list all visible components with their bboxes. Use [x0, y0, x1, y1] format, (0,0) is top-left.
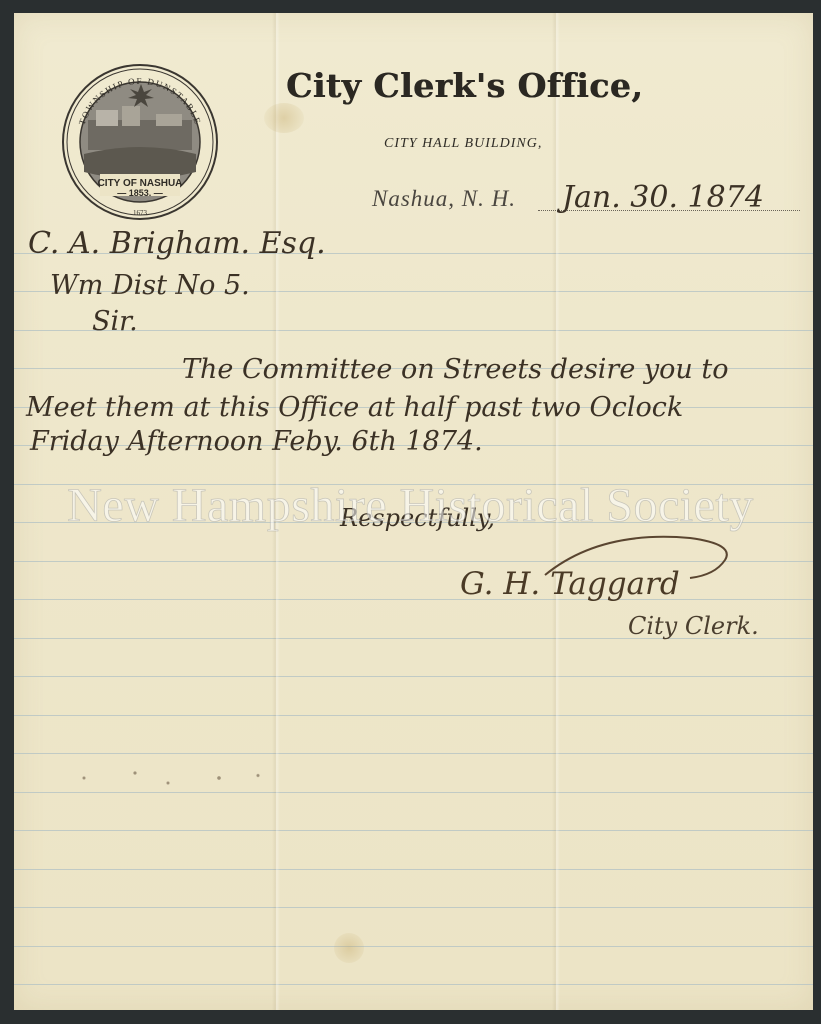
- age-stain: [334, 933, 364, 963]
- signature-title: City Clerk.: [628, 612, 759, 640]
- ruled-line: [14, 599, 813, 600]
- salutation: Sir.: [92, 306, 138, 337]
- svg-text:1673: 1673: [133, 209, 148, 217]
- ruled-line: [14, 715, 813, 716]
- signature: G. H. Taggard: [460, 566, 680, 602]
- watermark: New Hampshire Historical Society: [0, 478, 821, 533]
- svg-text:— 1853. —: — 1853. —: [117, 188, 163, 198]
- ruled-line: [14, 830, 813, 831]
- letter-date: Jan. 30. 1874: [562, 180, 764, 215]
- body-line-3: Friday Afternoon Feby. 6th 1874.: [30, 426, 483, 457]
- letterhead-subtitle: CITY HALL BUILDING,: [384, 136, 684, 152]
- body-line-2: Meet them at this Office at half past tw…: [26, 392, 683, 423]
- addressee: C. A. Brigham. Esq.: [28, 226, 326, 261]
- letterhead-place: Nashua, N. H.: [372, 186, 516, 212]
- ruled-line: [14, 907, 813, 908]
- letterhead-title: City Clerk's Office,: [286, 66, 706, 105]
- ruled-line: [14, 869, 813, 870]
- body-line-1: The Committee on Streets desire you to: [182, 354, 729, 385]
- age-stain: [264, 103, 304, 133]
- ruled-line: [14, 946, 813, 947]
- ruled-line: [14, 984, 813, 985]
- city-seal-icon: CITY OF NASHUA — 1853. — TOWNSHIP OF DUN…: [60, 62, 220, 222]
- ink-specks: [54, 753, 354, 803]
- address-line: Wm Dist No 5.: [50, 270, 250, 301]
- ruled-line: [14, 676, 813, 677]
